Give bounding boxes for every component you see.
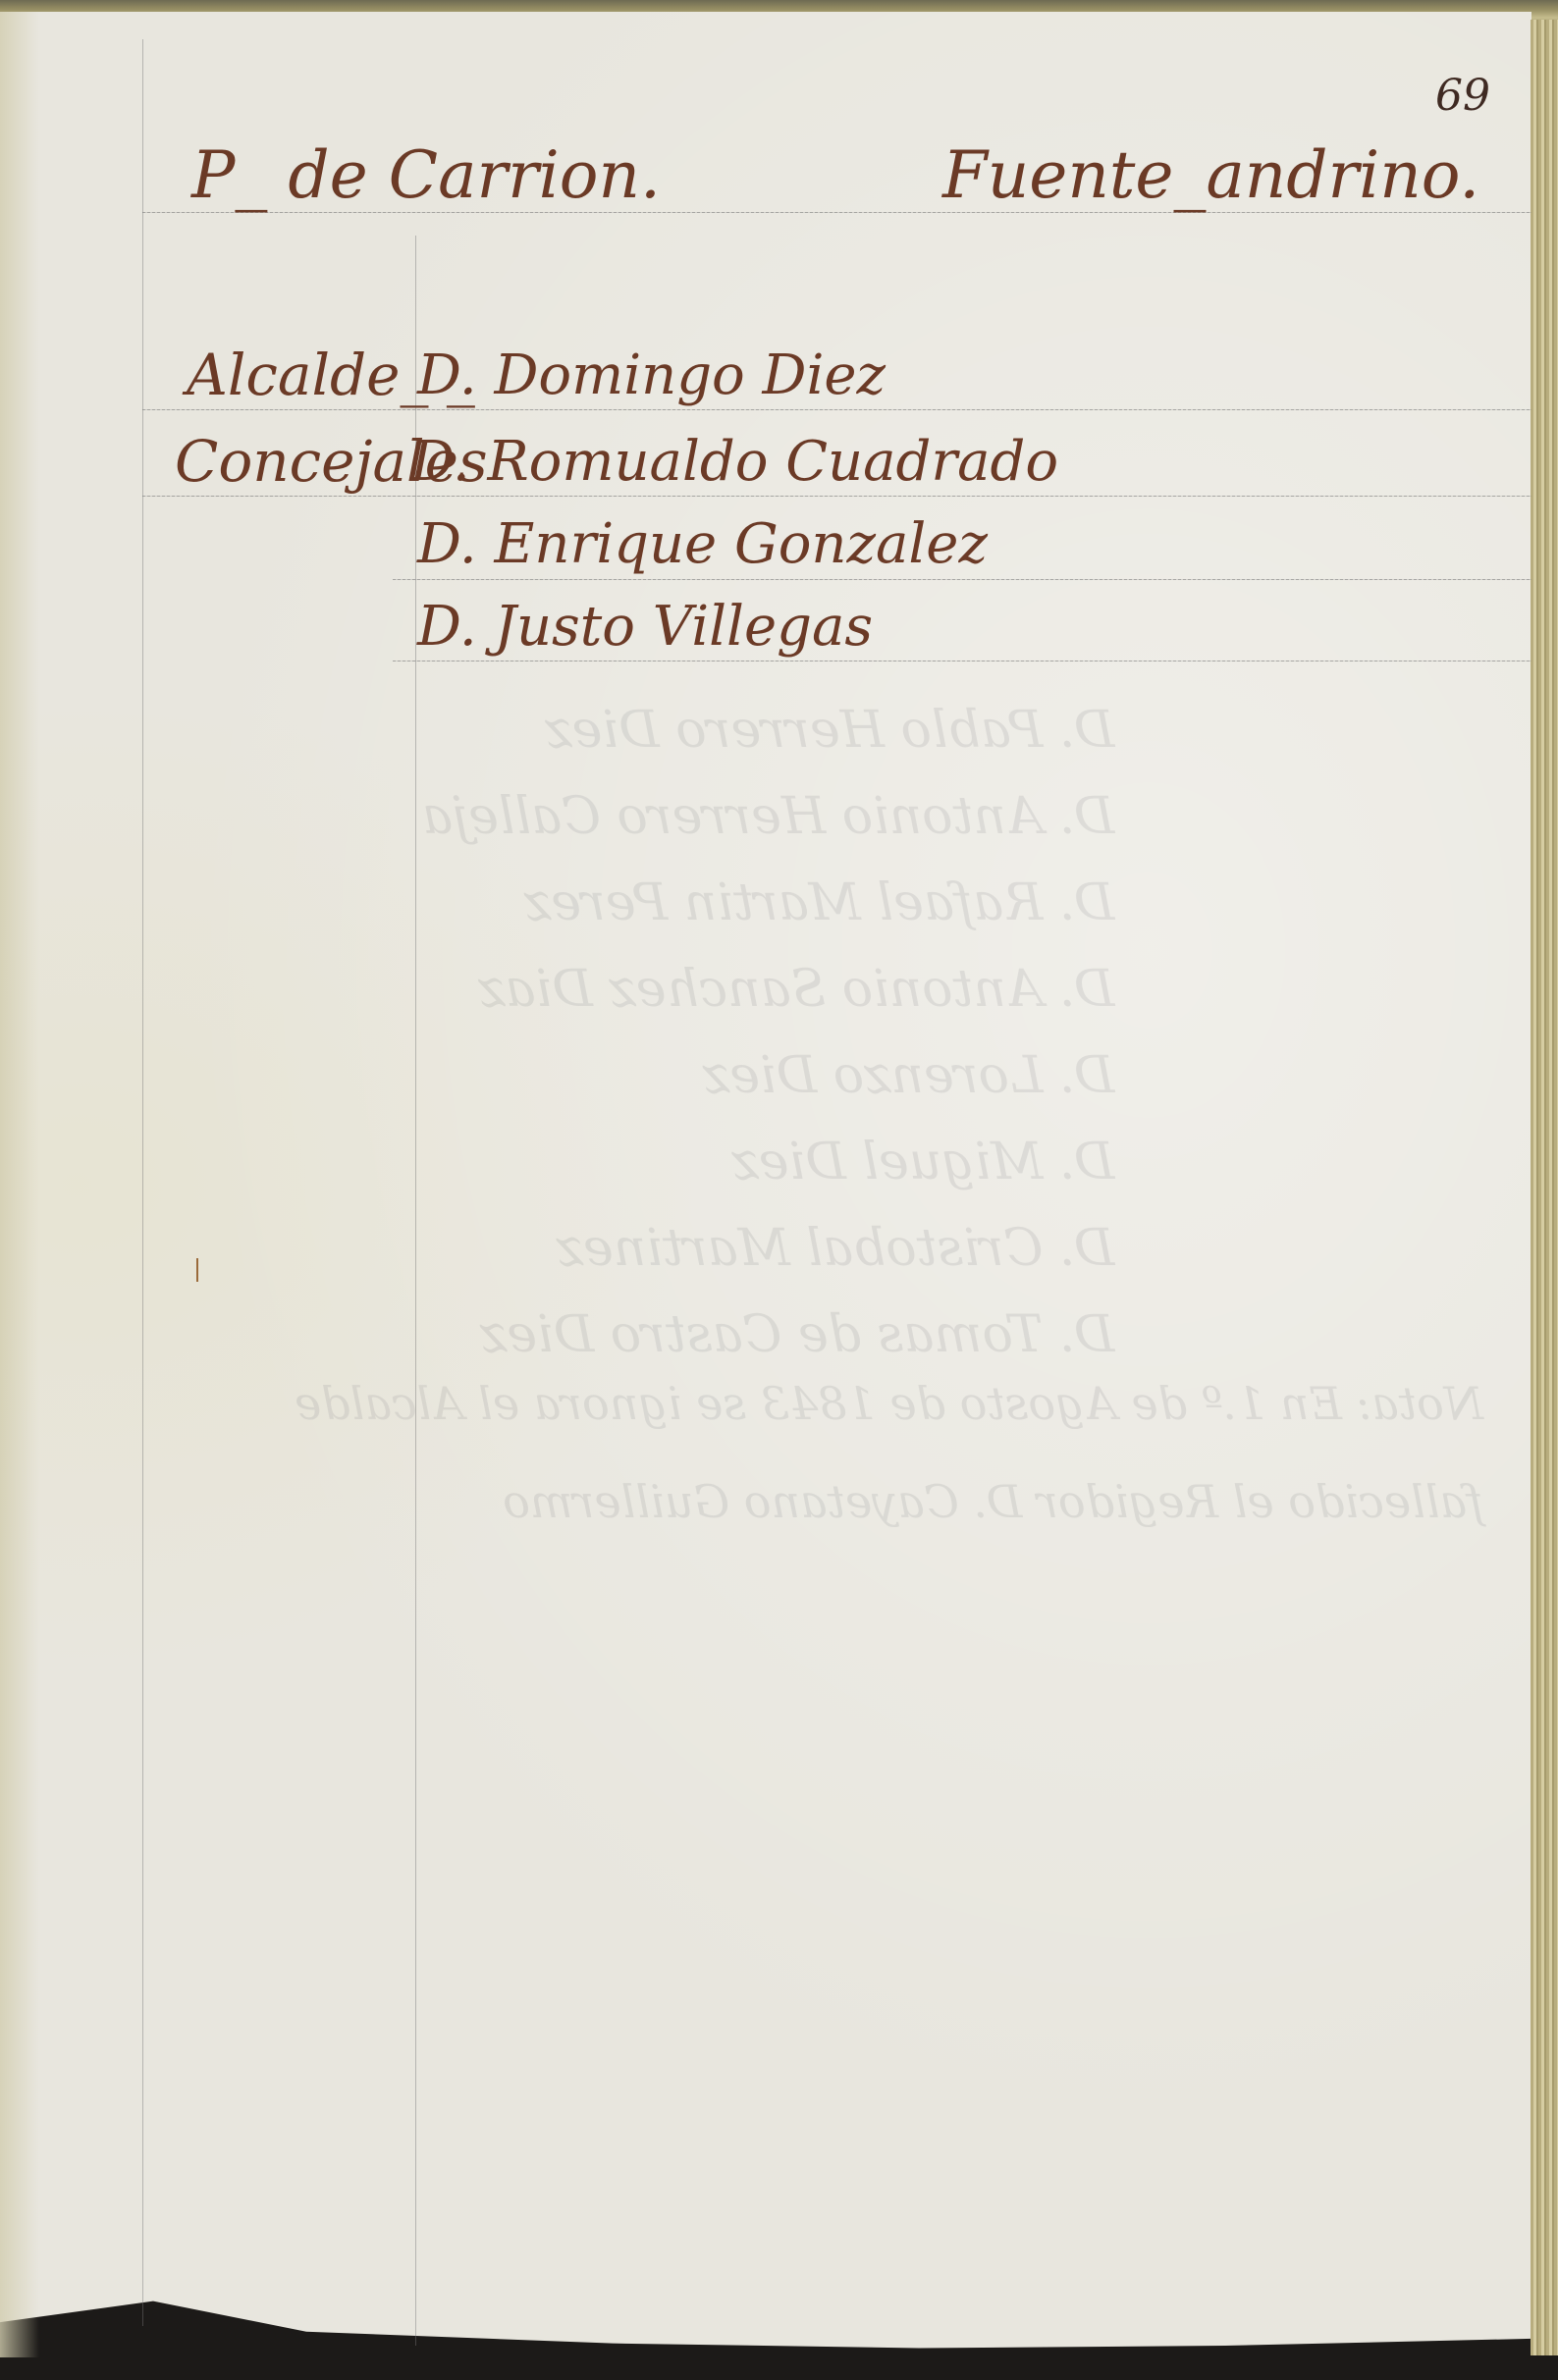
folio-number: 69 (1435, 71, 1490, 121)
bleed-through-texture: D. Pablo Herrero Diez D. Antonio Herrero… (422, 687, 1114, 1378)
name-concejal-2: D. Enrique Gonzalez (417, 512, 988, 576)
ink-speck (196, 1258, 198, 1282)
row-rule-4 (393, 661, 1531, 661)
row-rule-2 (142, 496, 1531, 497)
district-heading: P_ de Carrion. (191, 137, 661, 213)
row-rule-3 (393, 579, 1531, 580)
name-alcalde: D. Domingo Diez (417, 344, 886, 407)
municipality-heading: Fuente_andrino. (942, 137, 1479, 213)
name-concejal-3: D. Justo Villegas (417, 595, 873, 659)
name-column-rule (415, 236, 416, 2346)
row-rule-1 (142, 409, 1531, 410)
left-margin-rule (142, 39, 143, 2326)
name-concejal-1: D. Romualdo Cuadrado (410, 430, 1058, 494)
bleed-through-note: Nota: En 1.º de Agosto de 1843 se ignora… (295, 1354, 1483, 1551)
manuscript-page: D. Pablo Herrero Diez D. Antonio Herrero… (0, 0, 1558, 2380)
page-stack-edge (1531, 20, 1558, 2355)
gutter-shadow (0, 12, 39, 2357)
